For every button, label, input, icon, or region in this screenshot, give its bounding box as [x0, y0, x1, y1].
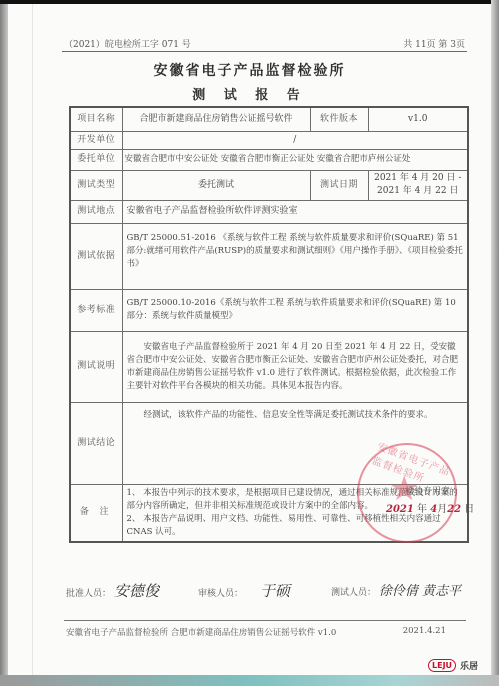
- project-name-value: 合肥市新建商品住房销售公证摇号软件: [122, 107, 310, 131]
- scan-left-edge: [0, 4, 8, 686]
- leju-logo-text: 乐居: [460, 659, 478, 672]
- developer-value: /: [122, 131, 468, 149]
- test-type-label: 测试类型: [70, 170, 122, 200]
- seal-date-day: 22: [447, 504, 461, 515]
- seal-date-month-unit: 月: [437, 504, 447, 515]
- project-name-label: 项目名称: [70, 107, 122, 131]
- test-date-start: 2021 年 4 月 20 日 -: [373, 172, 464, 185]
- report-title: 测 试 报 告: [0, 84, 499, 103]
- page-info: 共 11页 第 3页: [403, 37, 465, 50]
- basis-label: 测试依据: [70, 223, 122, 289]
- conclusion-label: 测试结论: [70, 402, 122, 484]
- page-fold-line: [32, 4, 33, 675]
- reviewer-signature: 于硕: [260, 582, 290, 600]
- signatures: 批准人员： 安德俊 审核人员： 于硕 测试人员： 徐伶倩 黄志平: [66, 576, 476, 606]
- document-footer: 安徽省电子产品监督检验所 合肥市新建商品住房销售公证摇号软件 v1.0 2021…: [64, 620, 466, 635]
- leju-logo-icon: LEJU: [428, 659, 456, 672]
- basis-value: GB/T 25000.51-2016 《系统与软件工程 系统与软件质量要求和评价…: [122, 223, 468, 289]
- approver-signature: 安德俊: [114, 582, 159, 600]
- table-row: 开发单位 /: [70, 131, 468, 149]
- approver-label: 批准人员：: [66, 589, 111, 599]
- seal-label: 检验专用章: [405, 484, 450, 497]
- tester-signature: 徐伶倩 黄志平: [379, 584, 461, 599]
- location-value: 安徽省电子产品监督检验所软件评测实验室: [122, 200, 468, 223]
- version-value: v1.0: [368, 107, 468, 131]
- reference-value: GB/T 25000.10-2016《系统与软件工程 系统与软件质量要求和评价(…: [122, 289, 468, 331]
- client-value: 安徽省合肥市中安公证处 安徽省合肥市衡正公证处 安徽省合肥市庐州公证处: [122, 149, 468, 170]
- table-row: 测试依据 GB/T 25000.51-2016 《系统与软件工程 系统与软件质量…: [70, 223, 468, 289]
- doc-number: （2021）皖电检所工字 071 号: [64, 37, 191, 50]
- table-row: 测试地点 安徽省电子产品监督检验所软件评测实验室: [70, 200, 468, 223]
- institute-title: 安徽省电子产品监督检验所: [0, 60, 499, 80]
- seal-date-year: 2021: [386, 504, 414, 515]
- scan-bottom-edge: [0, 675, 499, 686]
- table-row: 测试说明 安徽省电子产品监督检验所于 2021 年 4 月 20 日至 2021…: [70, 331, 468, 402]
- table-row: 参考标准 GB/T 25000.10-2016《系统与软件工程 系统与软件质量要…: [70, 289, 468, 331]
- developer-label: 开发单位: [70, 131, 122, 149]
- location-label: 测试地点: [70, 200, 122, 223]
- remarks-label: 备 注: [70, 484, 122, 542]
- tester-label: 测试人员：: [331, 588, 376, 598]
- test-date-end: 2021 年 4 月 22 日: [373, 185, 464, 198]
- test-date-value: 2021 年 4 月 20 日 - 2021 年 4 月 22 日: [368, 170, 468, 200]
- description-label: 测试说明: [70, 331, 122, 402]
- reviewer: 审核人员： 于硕: [198, 580, 290, 601]
- client-label: 委托单位: [70, 149, 122, 170]
- test-date-label: 测试日期: [310, 170, 368, 200]
- leju-watermark: LEJU 乐居: [428, 658, 478, 672]
- tester: 测试人员： 徐伶倩 黄志平: [331, 580, 461, 599]
- footer-date: 2021.4.21: [403, 626, 446, 636]
- seal-date-year-unit: 年: [417, 504, 427, 515]
- seal-date: 2021 年 4月22 日: [386, 500, 474, 515]
- description-value: 安徽省电子产品监督检验所于 2021 年 4 月 20 日至 2021 年 4 …: [122, 331, 468, 402]
- footer-text: 安徽省电子产品监督检验所 合肥市新建商品住房销售公证摇号软件 v1.0: [66, 626, 336, 638]
- approver: 批准人员： 安德俊: [66, 580, 159, 601]
- reviewer-label: 审核人员：: [198, 589, 243, 599]
- reference-label: 参考标准: [70, 289, 122, 331]
- seal-date-day-unit: 日: [464, 504, 474, 515]
- test-type-value: 委托测试: [122, 170, 310, 200]
- table-row: 项目名称 合肥市新建商品住房销售公证摇号软件 软件版本 v1.0: [70, 107, 468, 131]
- table-row: 委托单位 安徽省合肥市中安公证处 安徽省合肥市衡正公证处 安徽省合肥市庐州公证处: [70, 149, 468, 170]
- version-label: 软件版本: [310, 107, 368, 131]
- document-header: （2021）皖电检所工字 071 号 共 11页 第 3页: [62, 34, 467, 52]
- table-row: 测试类型 委托测试 测试日期 2021 年 4 月 20 日 - 2021 年 …: [70, 170, 468, 200]
